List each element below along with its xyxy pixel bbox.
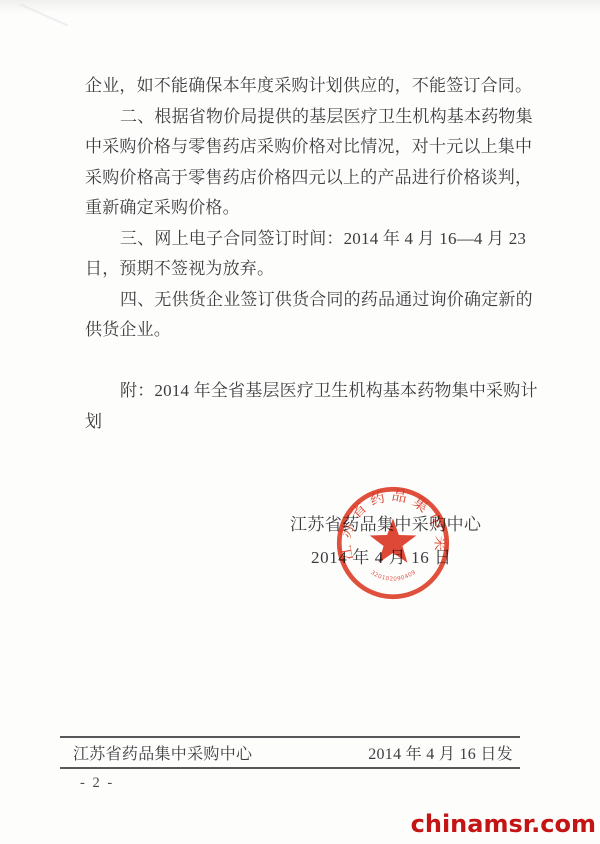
scanned-document-page: 企业，如不能确保本年度采购计划供应的，不能签订合同。 二、根据省物价局提供的基层… [0,0,600,844]
body-line: 三、网上电子合同签订时间：2014 年 4 月 16—4 月 23 [85,224,537,255]
signature-date: 2014 年 4 月 16 日 [311,543,452,568]
signature-issuer: 江苏省药品集中采购中心 [290,510,481,535]
footer: 江苏省药品集中采购中心 2014 年 4 月 16 日发 [73,741,513,764]
footer-rule-top [60,736,520,738]
body-line: 企业，如不能确保本年度采购计划供应的，不能签订合同。 [85,71,537,102]
body-line: 供货企业。 [85,315,537,346]
watermark-chinamsr: chinamsr.com [411,810,596,838]
document-body: 企业，如不能确保本年度采购计划供应的，不能签订合同。 二、根据省物价局提供的基层… [85,71,537,437]
page-number: - 2 - [80,775,114,792]
body-line: 四、无供货企业签订供货合同的药品通过询价确定新的 [85,285,537,316]
body-line: 日，预期不签视为放弃。 [85,254,537,285]
body-line: 中采购价格与零售药店采购价格对比情况，对十元以上集中 [85,132,537,163]
body-line: 划 [85,407,537,438]
body-line-attachment: 附：2014 年全省基层医疗卫生机构基本药物集中采购计 [85,376,537,407]
footer-issuer: 江苏省药品集中采购中心 [73,741,252,764]
body-line: 二、根据省物价局提供的基层医疗卫生机构基本药物集 [85,102,537,133]
footer-rule-bottom [60,767,520,769]
scan-edge-shade [0,0,600,14]
body-line: 重新确定采购价格。 [85,193,537,224]
body-line: 采购价格高于零售药店价格四元以上的产品进行价格谈判， [85,163,537,194]
footer-issue-date: 2014 年 4 月 16 日发 [368,741,513,764]
